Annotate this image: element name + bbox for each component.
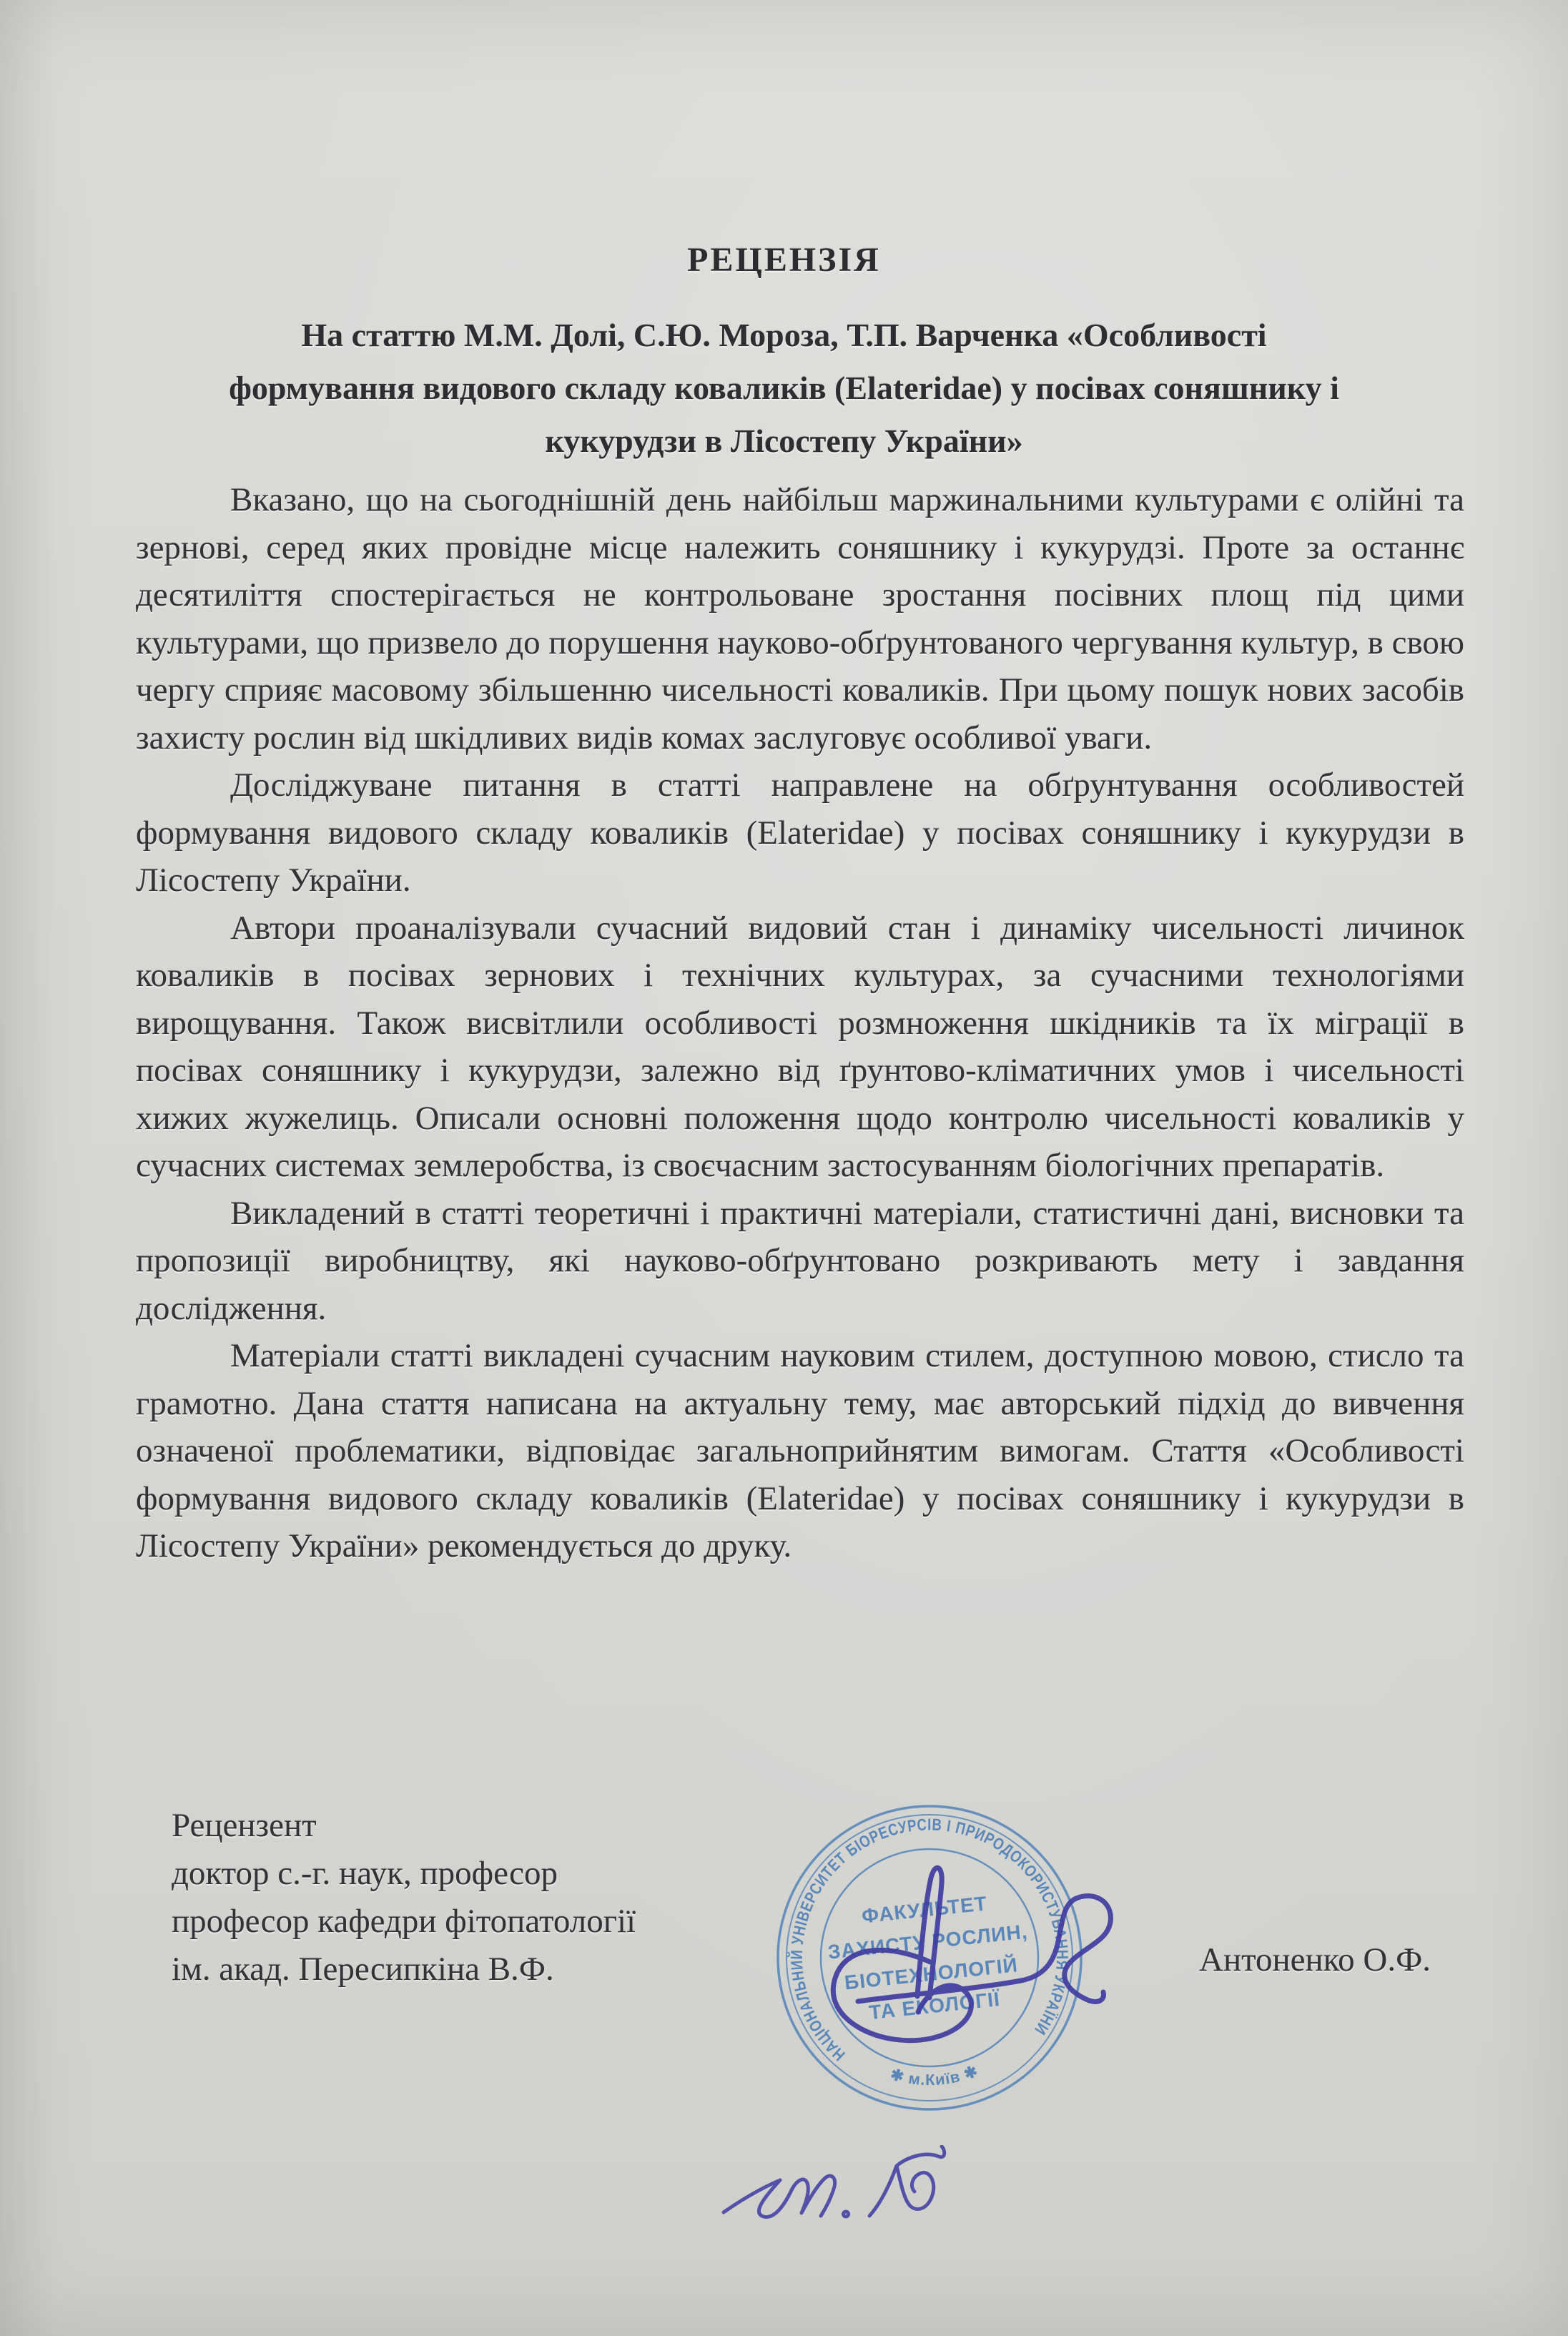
handwritten-initials-icon (701, 2145, 1001, 2259)
subtitle-line-1: На статтю М.М. Долі, С.Ю. Мороза, Т.П. В… (93, 309, 1475, 362)
reviewer-label: Рецензент (172, 1802, 636, 1850)
reviewer-signature-block: Рецензент доктор с.-г. наук, професор пр… (172, 1802, 636, 1994)
document-title: РЕЦЕНЗІЯ (0, 240, 1568, 280)
subtitle-line-3: кукурудзи в Лісостепу України» (93, 415, 1475, 468)
stamp-center-line-1: ФАКУЛЬТЕТ (861, 1892, 989, 1927)
paragraph-4: Викладений в статті теоретичні і практич… (136, 1190, 1464, 1333)
paragraph-3: Автори проаналізували сучасний видовий с… (136, 905, 1464, 1190)
reviewer-position: професор кафедри фітопатології (172, 1898, 636, 1946)
paragraph-2: Досліджуване питання в статті направлене… (136, 762, 1464, 905)
reviewer-department: ім. акад. Пересипкіна В.Ф. (172, 1946, 636, 1994)
reviewer-degree: доктор с.-г. наук, професор (172, 1850, 636, 1898)
paragraph-1: Вказано, що на сьогоднішній день найбіль… (136, 476, 1464, 762)
reviewer-name: Антоненко О.Ф. (1199, 1941, 1431, 1979)
review-document-page: РЕЦЕНЗІЯ На статтю М.М. Долі, С.Ю. Мороз… (0, 0, 1568, 2336)
paragraph-5: Матеріали статті викладені сучасним наук… (136, 1332, 1464, 1570)
stamp-center-line-4: ТА ЕКОЛОГІЇ (868, 1988, 1001, 2024)
document-body: Вказано, що на сьогоднішній день найбіль… (136, 476, 1464, 1570)
document-subtitle: На статтю М.М. Долі, С.Ю. Мороза, Т.П. В… (93, 309, 1475, 468)
subtitle-line-2: формування видового складу коваликів (El… (93, 362, 1475, 415)
university-stamp-icon: НАЦІОНАЛЬНИЙ УНІВЕРСИТЕТ БІОРЕСУРСІВ І П… (741, 1769, 1118, 2147)
